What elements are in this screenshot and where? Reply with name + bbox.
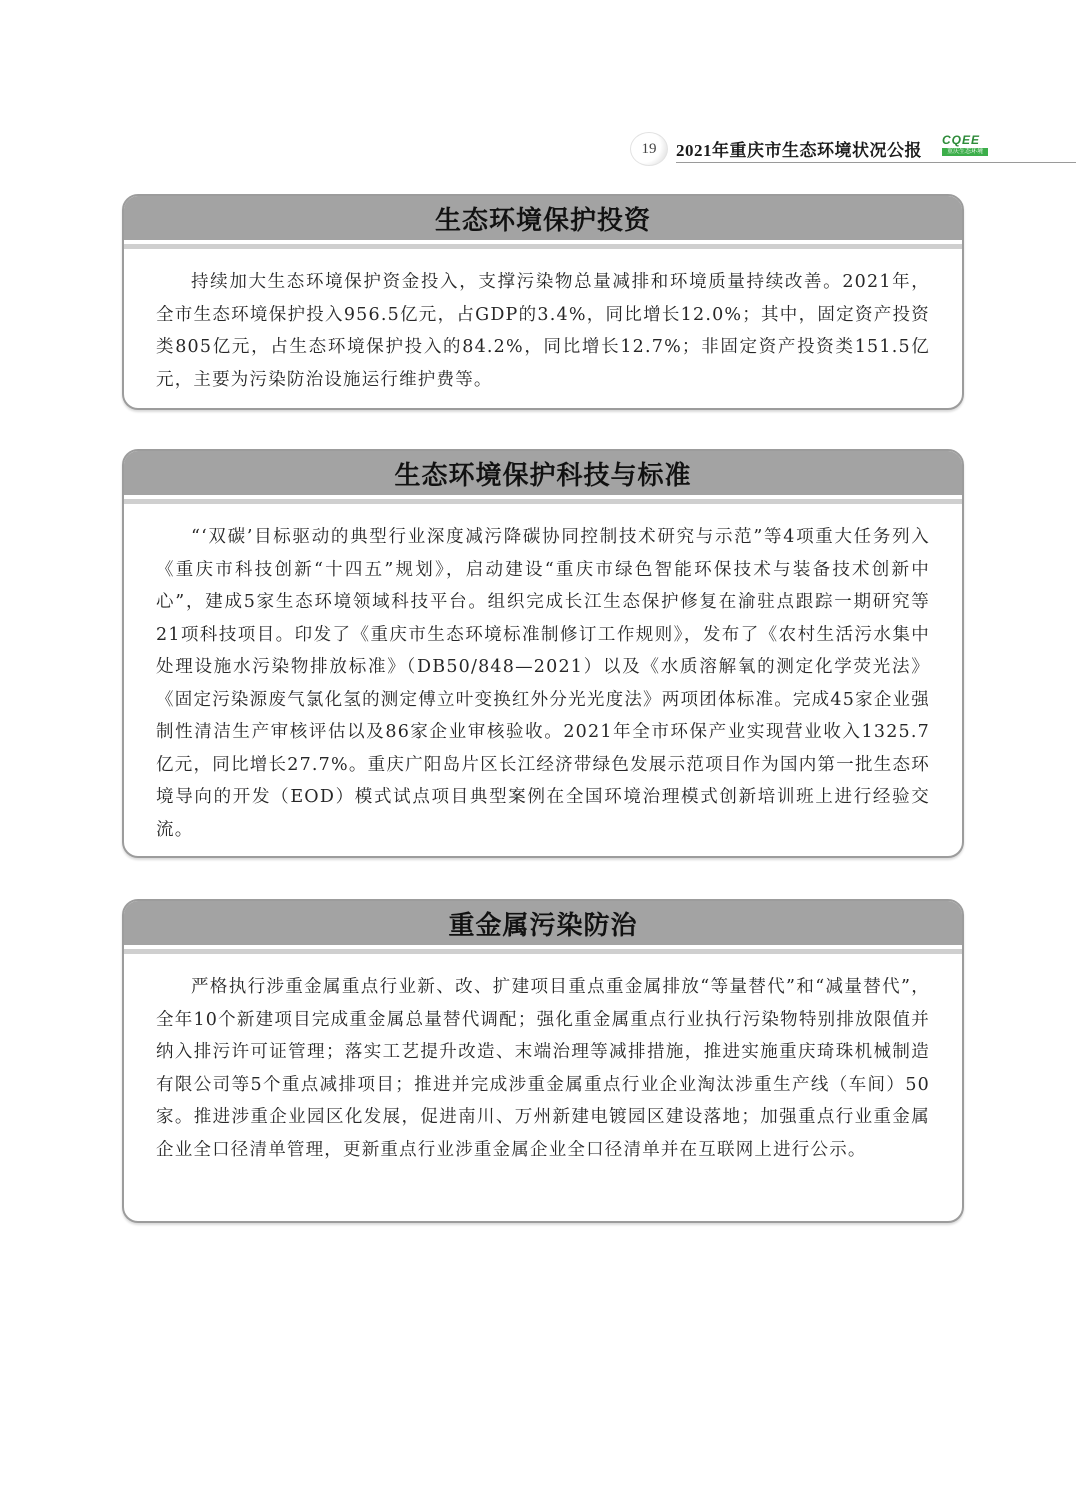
section-title: 生态环境保护科技与标准	[394, 455, 691, 492]
section-title: 生态环境保护投资	[435, 200, 651, 237]
logo-subtext: 重庆生态环境	[942, 148, 988, 156]
section-investment: 生态环境保护投资 持续加大生态环境保护资金投入，支撑污染物总量减排和环境质量持续…	[122, 194, 964, 410]
section-header: 重金属污染防治	[124, 901, 962, 949]
section-body: 持续加大生态环境保护资金投入，支撑污染物总量减排和环境质量持续改善。2021年，…	[124, 244, 962, 410]
section-heavy-metal-pollution: 重金属污染防治 严格执行涉重金属重点行业新、改、扩建项目重点重金属排放“等量替代…	[122, 899, 964, 1223]
cqee-logo-icon: CQEE 重庆生态环境	[942, 134, 992, 158]
section-header: 生态环境保护科技与标准	[124, 451, 962, 499]
section-technology-standards: 生态环境保护科技与标准 “‘双碳’目标驱动的典型行业深度减污降碳协同控制技术研究…	[122, 449, 964, 858]
section-body: 严格执行涉重金属重点行业新、改、扩建项目重点重金属排放“等量替代”和“减量替代”…	[124, 949, 962, 1180]
section-body: “‘双碳’目标驱动的典型行业深度减污降碳协同控制技术研究与示范”等4项重大任务列…	[124, 499, 962, 858]
page-header: 19 2021年重庆市生态环境状况公报 CQEE 重庆生态环境	[630, 130, 1075, 166]
section-title: 重金属污染防治	[448, 905, 637, 942]
page-number: 19	[630, 132, 668, 166]
report-title: 2021年重庆市生态环境状况公报	[676, 136, 922, 161]
logo-text: CQEE	[942, 134, 992, 147]
header-divider	[676, 162, 1076, 163]
section-header: 生态环境保护投资	[124, 196, 962, 244]
